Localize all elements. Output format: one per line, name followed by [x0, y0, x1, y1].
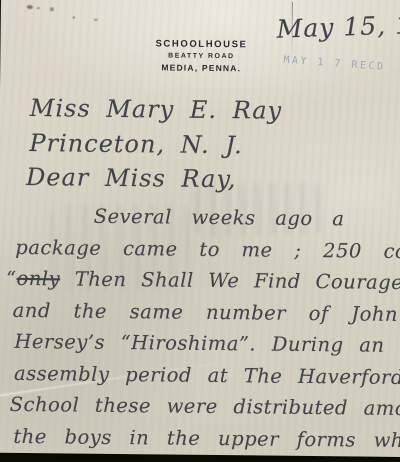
letterhead-street: BEATTY ROAD [140, 52, 262, 60]
body-line: Several weeks ago a [0, 200, 400, 236]
date-handwritten: May 15, 1947 [276, 9, 400, 44]
body-line: and the same number of John [0, 294, 400, 330]
letterhead-name: SCHOOLHOUSE [140, 38, 262, 50]
received-stamp: MAY 1 7 RECD [283, 55, 386, 73]
body-line-text: Then Shall We Find Courage ”, [60, 267, 400, 294]
letterhead: SCHOOLHOUSE BEATTY ROAD MEDIA, PENNA. [140, 38, 262, 73]
body-line: the boys in the upper forms while [0, 420, 400, 456]
letter-paper: SCHOOLHOUSE BEATTY ROAD MEDIA, PENNA. Ma… [0, 0, 400, 457]
recipient-address: Miss Mary E. Ray Princeton, N. J. [29, 91, 282, 164]
body-line: School these were distributed among [0, 389, 400, 425]
foxing-spot [27, 5, 33, 9]
body-line: package came to me ; 250 copies [0, 231, 400, 267]
foxing-spot [94, 19, 98, 21]
body-line: Hersey’s “Hiroshima”. During an [0, 326, 400, 362]
letter-body: Several weeks ago a package came to me ;… [0, 200, 400, 456]
recipient-name: Miss Mary E. Ray [30, 91, 283, 129]
body-line: assembly period at The Haverford [0, 357, 400, 393]
foxing-spot [73, 17, 75, 19]
salutation: Dear Miss Ray, [26, 163, 237, 193]
struck-word: only [16, 267, 60, 290]
foxing-spot [37, 7, 40, 9]
body-line: “only Then Shall We Find Courage ”, [0, 263, 400, 299]
letterhead-city: MEDIA, PENNA. [140, 62, 262, 73]
recipient-city: Princeton, N. J. [29, 126, 282, 164]
foxing-spot [50, 7, 54, 11]
